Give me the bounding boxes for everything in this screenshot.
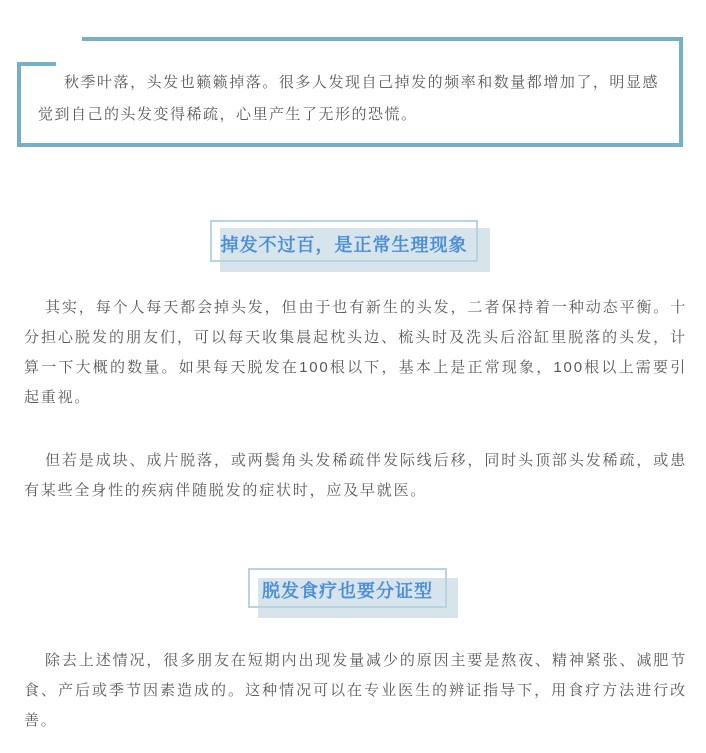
intro-quote-box: 秋季叶落，头发也籁籁掉落。很多人发现自己掉发的频率和数量都增加了，明显感觉到自己… <box>17 37 683 147</box>
section-heading-2: 脱发食疗也要分证型 <box>248 571 447 611</box>
section-heading-1: 掉发不过百，是正常生理现象 <box>210 224 478 266</box>
body-paragraph: 其实，每个人每天都会掉头发，但由于也有新生的头发，二者保持着一种动态平衡。十分担… <box>24 293 687 413</box>
section-heading-box-1: 掉发不过百，是正常生理现象 <box>210 220 478 262</box>
section-heading-box-2: 脱发食疗也要分证型 <box>248 568 447 608</box>
body-paragraph: 除去上述情况，很多朋友在短期内出现发量减少的原因主要是熬夜、精神紧张、减肥节食、… <box>24 646 687 736</box>
intro-text: 秋季叶落，头发也籁籁掉落。很多人发现自己掉发的频率和数量都增加了，明显感觉到自己… <box>38 67 659 131</box>
body-paragraph: 但若是成块、成片脱落，或两鬓角头发稀疏伴发际线后移，同时头顶部头发稀疏，或患有某… <box>24 446 687 506</box>
article-page: 秋季叶落，头发也籁籁掉落。很多人发现自己掉发的频率和数量都增加了，明显感觉到自己… <box>0 0 706 753</box>
